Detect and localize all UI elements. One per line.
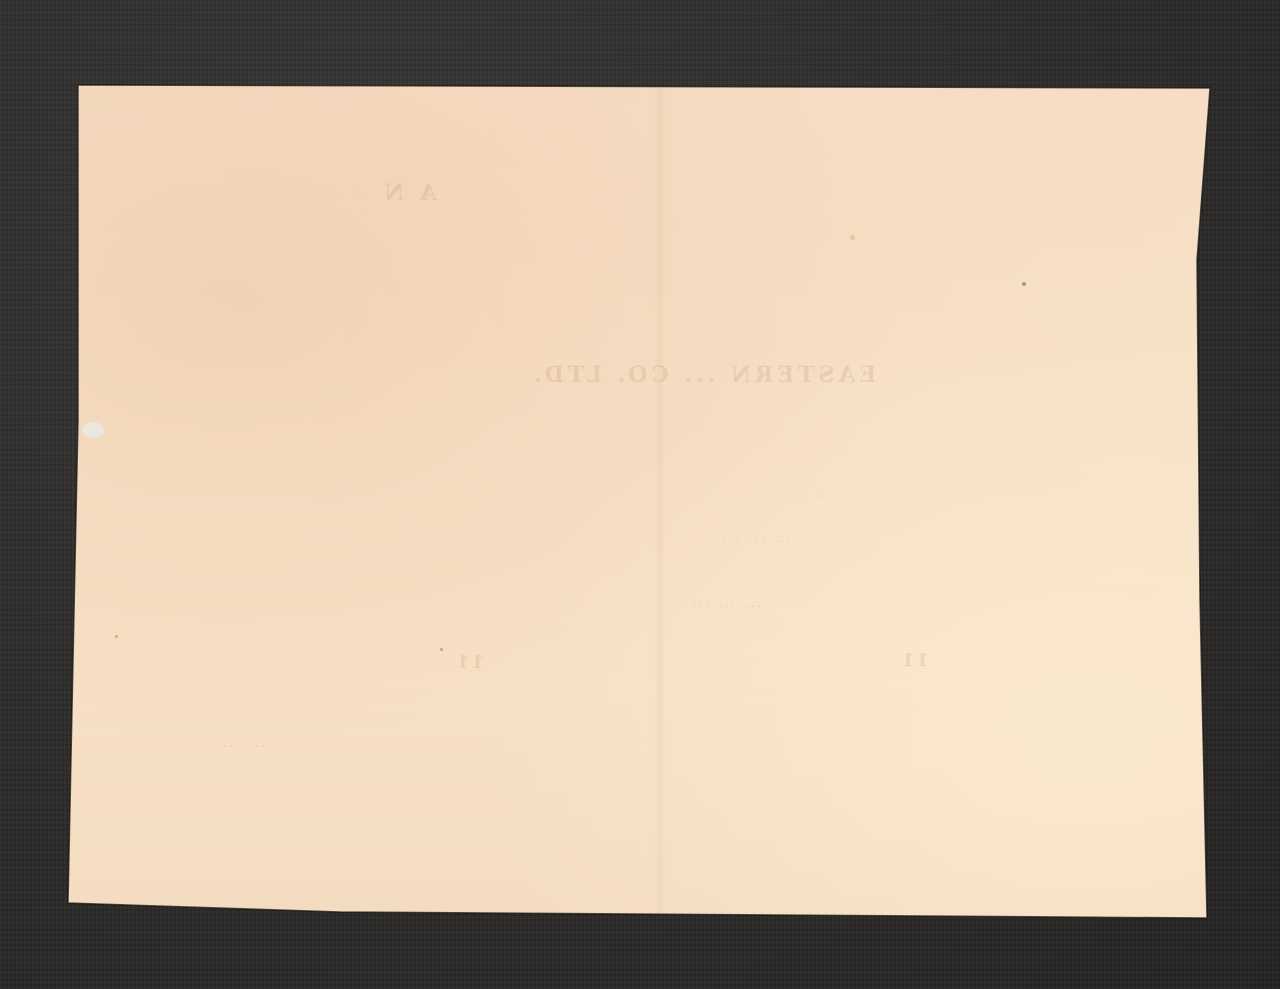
ink-speck <box>1022 282 1026 286</box>
ghost-line-2: ... ... ... <box>720 530 791 546</box>
paper-sheet: A N EASTERN ... CO. LTD. ... ... ... ...… <box>0 0 1280 989</box>
center-fold-crease <box>655 88 665 913</box>
ghost-top-mark: A N <box>380 180 437 206</box>
dust-speck <box>440 648 443 651</box>
ghost-number: 11 <box>900 650 929 671</box>
ghost-signature-line: ... ... <box>220 735 265 751</box>
ghost-number-left: 11 <box>455 652 484 673</box>
ghost-company-line: EASTERN ... CO. LTD. <box>530 362 876 388</box>
paper-blemish <box>82 422 104 438</box>
stain-spot <box>850 235 855 240</box>
dust-speck <box>115 635 118 638</box>
ghost-line-3: ... ... ... <box>690 595 761 611</box>
ghost-line-1: ... ... ... <box>760 485 831 501</box>
